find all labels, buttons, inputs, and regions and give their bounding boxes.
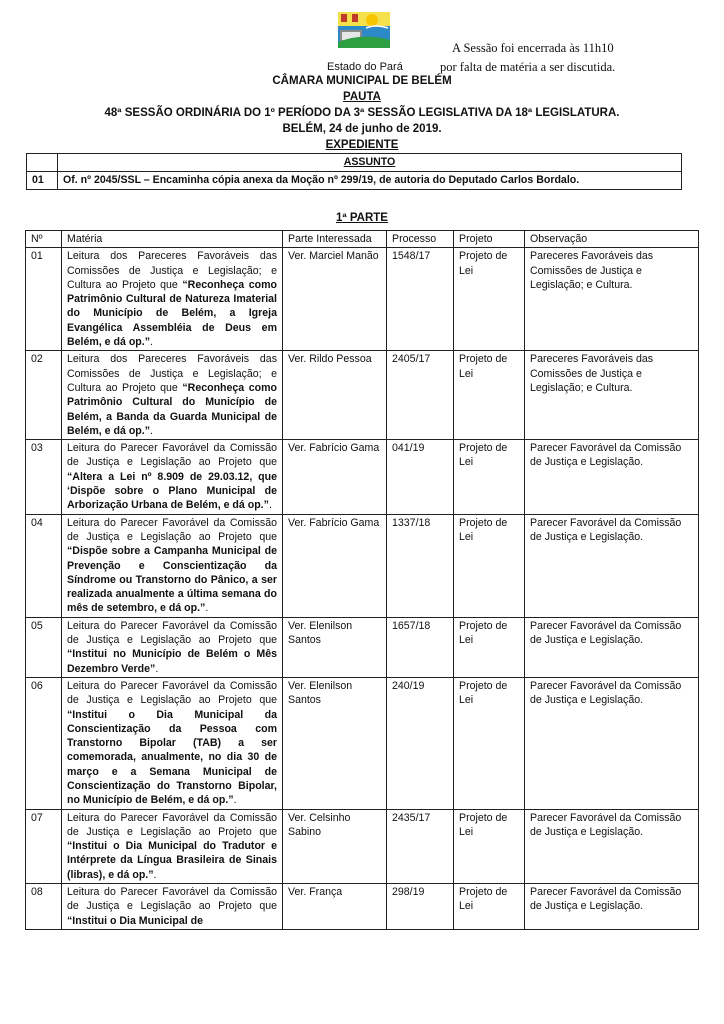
row-num: 08 — [26, 884, 62, 930]
session-date: BELÉM, 24 de junho de 2019. — [0, 123, 724, 135]
table-row: 03 Leitura do Parecer Favorável da Comis… — [26, 440, 699, 514]
materia-end: . — [154, 869, 157, 881]
row-parte-interessada: Ver. Marciel Manão — [283, 248, 387, 351]
row-num: 07 — [26, 809, 62, 883]
col-header-observacao: Observação — [525, 231, 699, 248]
row-parte-interessada: Ver. Fabrício Gama — [283, 440, 387, 514]
row-processo: 1657/18 — [387, 617, 454, 677]
row-parte-interessada: Ver. Celsinho Sabino — [283, 809, 387, 883]
expediente-title: EXPEDIENTE — [0, 139, 724, 151]
expediente-row: 01 Of. nº 2045/SSL – Encaminha cópia ane… — [27, 172, 682, 190]
table-row: 05 Leitura do Parecer Favorável da Comis… — [26, 617, 699, 677]
row-processo: 240/19 — [387, 677, 454, 809]
materia-bold-text: “Altera a Lei nº 8.909 de 29.03.12, que … — [67, 471, 277, 512]
expediente-header-row: ASSUNTO — [27, 154, 682, 172]
closing-note-line2: por falta de matéria a ser discutida. — [440, 60, 615, 75]
materia-end: . — [150, 425, 153, 437]
row-materia: Leitura do Parecer Favorável da Comissão… — [62, 884, 283, 930]
materia-text: Leitura do Parecer Favorável da Comissão… — [67, 886, 277, 912]
materia-bold-text: “Institui o Dia Municipal de — [67, 915, 203, 927]
row-num: 01 — [26, 248, 62, 351]
row-observacao: Parecer Favorável da Comissão de Justiça… — [525, 514, 699, 617]
materia-text: Leitura do Parecer Favorável da Comissão… — [67, 680, 277, 706]
parte1-title: 1ª PARTE — [0, 212, 724, 224]
institution-title: CÂMARA MUNICIPAL DE BELÉM — [0, 75, 724, 87]
materia-bold-text: “Institui o Dia Municipal do Tradutor e … — [67, 840, 277, 881]
table-row: 04 Leitura do Parecer Favorável da Comis… — [26, 514, 699, 617]
table-row: 07 Leitura do Parecer Favorável da Comis… — [26, 809, 699, 883]
table-row: 01 Leitura dos Pareceres Favoráveis das … — [26, 248, 699, 351]
row-materia: Leitura do Parecer Favorável da Comissão… — [62, 677, 283, 809]
row-observacao: Parecer Favorável da Comissão de Justiça… — [525, 884, 699, 930]
materia-text: Leitura do Parecer Favorável da Comissão… — [67, 517, 277, 543]
table-header-row: Nº Matéria Parte Interessada Processo Pr… — [26, 231, 699, 248]
row-processo: 298/19 — [387, 884, 454, 930]
closing-note-line1: A Sessão foi encerrada às 11h10 — [452, 41, 614, 56]
row-materia: Leitura do Parecer Favorável da Comissão… — [62, 514, 283, 617]
assunto-header: ASSUNTO — [344, 156, 396, 168]
row-projeto: Projeto de Lei — [454, 617, 525, 677]
col-header-processo: Processo — [387, 231, 454, 248]
row-num: 03 — [26, 440, 62, 514]
row-num: 02 — [26, 351, 62, 440]
expediente-row-assunto: Of. nº 2045/SSL – Encaminha cópia anexa … — [58, 172, 682, 190]
row-parte-interessada: Ver. Elenilson Santos — [283, 677, 387, 809]
expediente-header-num — [27, 154, 58, 172]
materia-end: . — [150, 336, 153, 348]
row-parte-interessada: Ver. França — [283, 884, 387, 930]
row-projeto: Projeto de Lei — [454, 248, 525, 351]
row-projeto: Projeto de Lei — [454, 884, 525, 930]
materia-text: Leitura do Parecer Favorável da Comissão… — [67, 812, 277, 838]
materia-bold-text: “Dispõe sobre a Campanha Municipal de Pr… — [67, 545, 277, 614]
row-materia: Leitura do Parecer Favorável da Comissão… — [62, 809, 283, 883]
state-label: Estado do Pará — [327, 61, 403, 73]
row-materia: Leitura dos Pareceres Favoráveis das Com… — [62, 248, 283, 351]
row-projeto: Projeto de Lei — [454, 809, 525, 883]
col-header-projeto: Projeto — [454, 231, 525, 248]
parte1-table: Nº Matéria Parte Interessada Processo Pr… — [25, 230, 699, 930]
materia-end: . — [155, 663, 158, 675]
materia-bold-text: “Institui o Dia Municipal da Conscientiz… — [67, 709, 277, 807]
expediente-row-num: 01 — [27, 172, 58, 190]
row-observacao: Parecer Favorável da Comissão de Justiça… — [525, 677, 699, 809]
row-projeto: Projeto de Lei — [454, 351, 525, 440]
row-num: 05 — [26, 617, 62, 677]
row-observacao: Parecer Favorável da Comissão de Justiça… — [525, 440, 699, 514]
row-projeto: Projeto de Lei — [454, 677, 525, 809]
row-materia: Leitura do Parecer Favorável da Comissão… — [62, 617, 283, 677]
table-row: 08 Leitura do Parecer Favorável da Comis… — [26, 884, 699, 930]
materia-end: . — [269, 499, 272, 511]
row-parte-interessada: Ver. Elenilson Santos — [283, 617, 387, 677]
session-title: 48ª SESSÃO ORDINÁRIA DO 1º PERÍODO DA 3ª… — [0, 107, 724, 119]
coat-of-arms-logo — [336, 10, 392, 50]
row-parte-interessada: Ver. Fabrício Gama — [283, 514, 387, 617]
materia-text: Leitura do Parecer Favorável da Comissão… — [67, 620, 277, 646]
row-processo: 2405/17 — [387, 351, 454, 440]
row-processo: 1548/17 — [387, 248, 454, 351]
row-parte-interessada: Ver. Rildo Pessoa — [283, 351, 387, 440]
pauta-title: PAUTA — [0, 91, 724, 103]
expediente-table: ASSUNTO 01 Of. nº 2045/SSL – Encaminha c… — [26, 153, 682, 190]
row-observacao: Pareceres Favoráveis das Comissões de Ju… — [525, 351, 699, 440]
materia-text: Leitura do Parecer Favorável da Comissão… — [67, 442, 277, 468]
row-materia: Leitura do Parecer Favorável da Comissão… — [62, 440, 283, 514]
row-processo: 1337/18 — [387, 514, 454, 617]
row-observacao: Parecer Favorável da Comissão de Justiça… — [525, 809, 699, 883]
row-observacao: Parecer Favorável da Comissão de Justiça… — [525, 617, 699, 677]
materia-bold-text: “Institui no Município de Belém o Mês De… — [67, 648, 277, 674]
row-num: 04 — [26, 514, 62, 617]
row-projeto: Projeto de Lei — [454, 514, 525, 617]
col-header-parte: Parte Interessada — [283, 231, 387, 248]
col-header-materia: Matéria — [62, 231, 283, 248]
materia-end: . — [234, 794, 237, 806]
row-observacao: Pareceres Favoráveis das Comissões de Ju… — [525, 248, 699, 351]
table-row: 02 Leitura dos Pareceres Favoráveis das … — [26, 351, 699, 440]
row-projeto: Projeto de Lei — [454, 440, 525, 514]
row-processo: 2435/17 — [387, 809, 454, 883]
row-num: 06 — [26, 677, 62, 809]
materia-end: . — [205, 602, 208, 614]
row-materia: Leitura dos Pareceres Favoráveis das Com… — [62, 351, 283, 440]
table-row: 06 Leitura do Parecer Favorável da Comis… — [26, 677, 699, 809]
row-processo: 041/19 — [387, 440, 454, 514]
col-header-num: Nº — [26, 231, 62, 248]
